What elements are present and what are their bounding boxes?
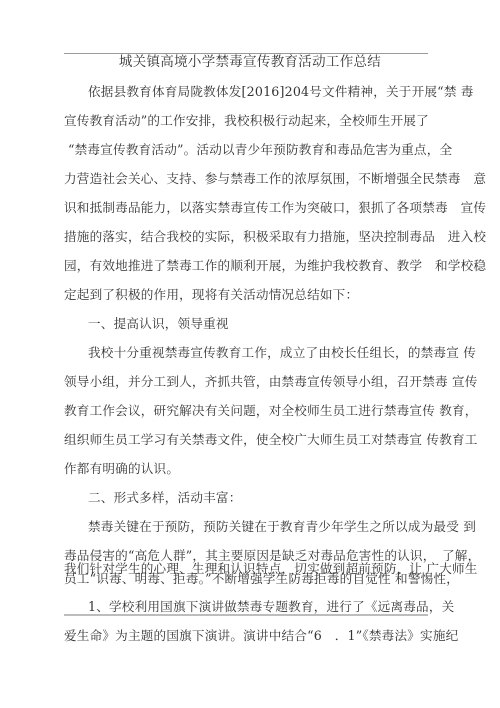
paragraph-line: 教育工作会议，研究解决有关问题，对全校师生员工进行禁毒宣传 教育， [64,402,444,420]
paragraph-line: 禁毒关键在于预防，预防关键在于教育青少年学生之所以成为最受 到 [88,518,468,536]
document-title: 城关镇高境小学禁毒宣传教育活动工作总结 [0,52,500,72]
paragraph-line: 定起到了积极的作用，现将有关活动情况总结如下： [64,286,444,304]
paragraph-line: 园，有效地推进了禁毒工作的顺利开展，为维护我校教育、教学 和学校稳 [64,257,444,275]
paragraph-line: 宣传教育活动”的工作安排，我校积极行动起来，全校师生开展了 [64,112,444,130]
paragraph-line: 爱生命》为主题的国旗下演讲。演讲中结合“6 ．1”《禁毒法》实施纪 [64,627,444,645]
section-heading: 一、提高认识，领导重视 [88,315,468,333]
page-break-rule [64,614,428,616]
paragraph-line: “禁毒宣传教育活动”。活动以青少年预防教育和毒品危害为重点，全 [68,141,448,159]
section-heading: 二、形式多样，活动丰富： [88,489,468,507]
paragraph-line: 识和抵制毒品能力，以落实禁毒宣传工作为突破口，狠抓了各项禁毒 宣传 [64,199,444,217]
paragraph-line: 我校十分重视禁毒宣传教育工作，成立了由校长任组长，的禁毒宣 传 [88,344,468,362]
paragraph-line: 依据县教育体育局陇教体发[2016]204号文件精神，关于开展“禁 毒 [88,83,468,101]
paragraph-line: 员工“识毒、明毒、拒毒。”不断增强学生防毒拒毒的自觉性 和警惕性， [64,570,444,588]
paragraph-line: 力营造社会关心、支持、参与禁毒工作的浓厚氛围，不断增强全民禁毒 意 [64,170,444,188]
paragraph-line: 措施的落实，结合我校的实际，积极采取有力措施，坚决控制毒品 进入校 [64,228,444,246]
paragraph-line: 领导小组，并分工到人，齐抓共管，由禁毒宣传领导小组，召开禁毒 宣传 [64,373,444,391]
paragraph-line: 组织师生员工学习有关禁毒文件，使全校广大师生员工对禁毒宣 传教育工 [64,431,444,449]
paragraph-line: 作都有明确的认识。 [64,460,444,478]
